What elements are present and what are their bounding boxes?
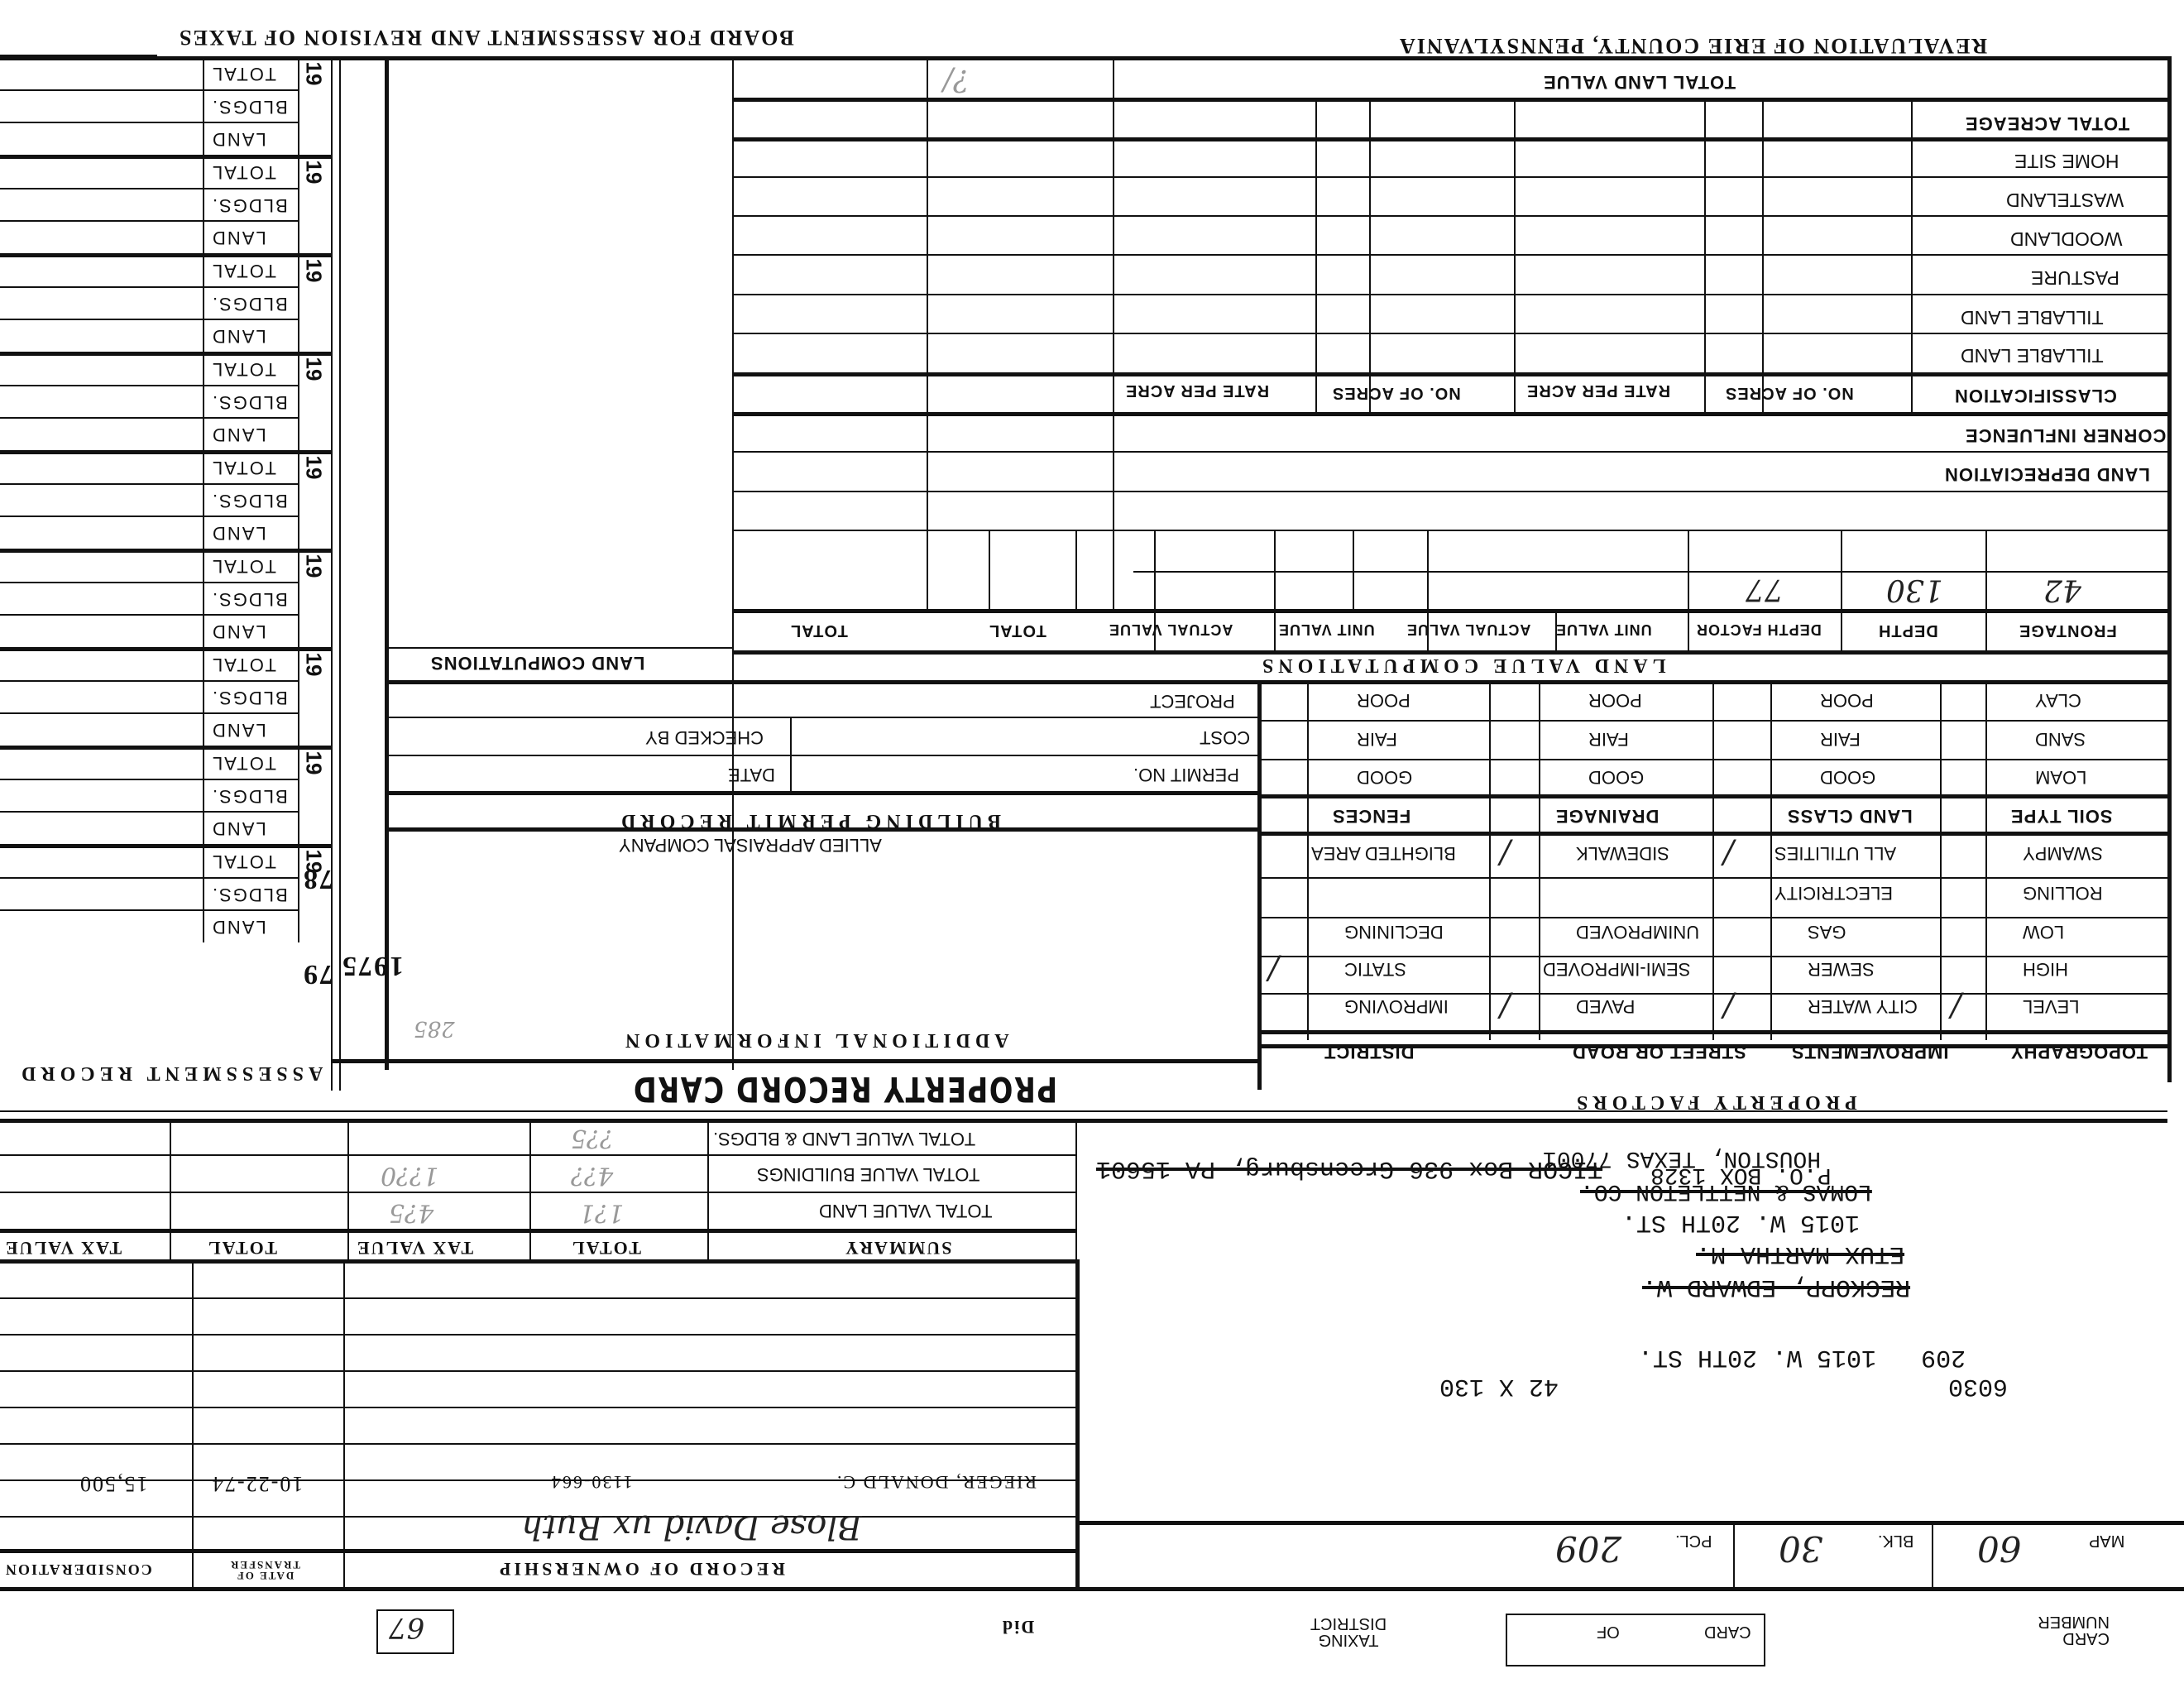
pcl-value[interactable]: 209: [1555, 1531, 1621, 1566]
factor-option-unimproved[interactable]: UNIMPROVED: [1576, 923, 1699, 941]
check-mark-icon: /: [1723, 837, 1734, 869]
assessment-label-bldgs: BLDGS.: [211, 295, 288, 313]
summary-tax-col: TAX VALUE: [356, 1239, 473, 1257]
total-land-value-handwritten: ?/: [943, 65, 969, 94]
factor-column-header: TOPOGRAPHY: [2010, 1043, 2148, 1061]
factor-option-semi-improved[interactable]: SEMI-IMPROVED: [1543, 960, 1690, 978]
owner-line-lomas: LOMAS & NETTLETON CO.: [1580, 1179, 1872, 1202]
assessment-value-field[interactable]: [0, 649, 157, 679]
assessment-value-field[interactable]: [0, 682, 157, 712]
acres-col-2: NO. OF ACRES: [1332, 385, 1461, 401]
factor-option-swampy[interactable]: SWAMPY: [2023, 844, 2103, 862]
assessment-label-total: TOTAL: [211, 65, 276, 83]
year-prefix: 19: [303, 259, 324, 283]
assessment-value-field[interactable]: [0, 386, 157, 416]
class-total-acreage: TOTAL ACREAGE: [1965, 114, 2129, 132]
check-mark-icon: /: [1951, 990, 1961, 1022]
check-mark-icon: /: [1268, 953, 1279, 985]
factor-column-header: IMPROVEMENTS: [1791, 1043, 1948, 1061]
soil-option[interactable]: LOAM: [2035, 768, 2086, 786]
cost-label: COST: [1200, 728, 1250, 746]
card-number-label: CARD NUMBER: [2035, 1614, 2110, 1647]
assessment-year-block: TOTALBLDGS.LAND19: [0, 450, 331, 549]
col-total-2: TOTAL: [790, 622, 848, 639]
assessment-value-field[interactable]: [0, 91, 157, 121]
assessment-value-field[interactable]: [0, 485, 157, 515]
class-tillable-land-2: TILLABLE LAND: [1961, 346, 2104, 365]
summary-total-col-2: TOTAL: [207, 1239, 277, 1257]
assessment-value-field[interactable]: [0, 255, 157, 285]
assessment-label-total: TOTAL: [211, 458, 276, 477]
assessment-value-field[interactable]: [0, 911, 157, 941]
assessment-value-field[interactable]: [0, 452, 157, 482]
summary-bldg-total: 4??: [571, 1163, 613, 1187]
assessment-label-land: LAND: [211, 228, 266, 247]
soil-option[interactable]: GOOD: [1357, 768, 1412, 786]
assessment-value-field[interactable]: [0, 879, 157, 909]
assessment-label-bldgs: BLDGS.: [211, 393, 288, 411]
factor-column-header: DISTRICT: [1324, 1043, 1414, 1061]
land-computations-title: LAND COMPUTATIONS: [430, 654, 644, 672]
soil-option[interactable]: FAIR: [1588, 730, 1629, 748]
map-label: MAP: [2089, 1532, 2124, 1549]
year-prefix: 19: [303, 456, 324, 480]
assessment-label-land: LAND: [211, 721, 266, 739]
col-unit-value-1: UNIT VALUE: [1555, 622, 1652, 637]
assessment-year-block: TOTALBLDGS.LAND19: [0, 155, 331, 253]
assessment-label-land: LAND: [211, 622, 266, 640]
assessment-year-block: TOTALBLDGS.LAND19: [0, 253, 331, 352]
summary-land-bldgs-total: ??5: [571, 1125, 613, 1150]
year-prefix: 19: [303, 751, 324, 775]
owner-line-address: 1015 W. 20TH ST.: [1621, 1210, 1860, 1235]
class-tillable-land-1: TILLABLE LAND: [1961, 308, 2104, 327]
col-actual-value-1: ACTUAL VALUE: [1406, 622, 1530, 637]
corner-influence-label: CORNER INFLUENCE: [1965, 426, 2166, 444]
acres-col-1: NO. OF ACRES: [1725, 385, 1854, 401]
year-1975: 1975: [341, 952, 404, 980]
assessment-value-field[interactable]: [0, 58, 157, 88]
factor-option-high[interactable]: HIGH: [2023, 960, 2068, 978]
factor-option-all-utilities[interactable]: ALL UTILITIES: [1774, 844, 1896, 862]
assessment-label-land: LAND: [211, 524, 266, 542]
summary-bldg-tax: 1??0: [381, 1163, 438, 1187]
consideration-label: CONSIDERATION: [4, 1562, 152, 1577]
soil-option[interactable]: FAIR: [1820, 730, 1861, 748]
check-mark-icon: /: [1500, 837, 1511, 869]
ownership-row-rieger-consideration: 15,500: [79, 1473, 148, 1494]
assessment-label-total: TOTAL: [211, 163, 276, 181]
factor-option-declining[interactable]: DECLINING: [1344, 923, 1444, 941]
soil-option[interactable]: SAND: [2035, 730, 2086, 748]
col-depth-factor: DEPTH FACTOR: [1696, 622, 1822, 637]
assessment-value-field[interactable]: [0, 846, 157, 875]
ownership-row-blose-name: Blose David ux Ruth: [521, 1510, 862, 1543]
summary-title: SUMMARY: [844, 1239, 952, 1257]
assessment-value-field[interactable]: [0, 714, 157, 744]
summary-row-land: TOTAL VALUE LAND: [819, 1201, 992, 1220]
factor-option-level[interactable]: LEVEL: [2023, 997, 2080, 1015]
ownership-row-rieger-deed: 1130-664: [550, 1473, 633, 1491]
col-unit-value-2: UNIT VALUE: [1278, 622, 1375, 637]
class-woodland: WOODLAND: [2010, 229, 2122, 248]
assessment-label-bldgs: BLDGS.: [211, 787, 288, 805]
summary-land-total: 1?1: [579, 1200, 624, 1225]
ownership-row-rieger-name: RIEGER, DONALD C.: [836, 1473, 1037, 1491]
blk-value[interactable]: 30: [1779, 1531, 1822, 1566]
check-mark-icon: /: [1723, 990, 1734, 1022]
assessment-value-field[interactable]: [0, 813, 157, 842]
year-prefix: 19: [303, 653, 324, 677]
assessment-year-block: TOTALBLDGS.LAND19: [0, 56, 331, 155]
map-value[interactable]: 60: [1977, 1531, 2021, 1566]
date-label: DATE: [728, 765, 775, 784]
assessment-label-bldgs: BLDGS.: [211, 98, 288, 116]
property-record-card-title: PROPERTY RECORD CARD: [632, 1072, 1057, 1106]
classification-label: CLASSIFICATION: [1954, 386, 2117, 405]
date-of-transfer-label: DATE OF TRANSFER: [207, 1560, 323, 1581]
assessment-label-bldgs: BLDGS.: [211, 688, 288, 707]
dims-line: 42 X 130: [1439, 1374, 1559, 1398]
revaluation-title: REVALUATION OF ERIE COUNTY, PENNSYLVANIA: [1398, 35, 1987, 56]
location-line: 209 1015 W. 20TH ST.: [1638, 1345, 1966, 1369]
assessment-value-field[interactable]: [0, 780, 157, 810]
assessment-label-land: LAND: [211, 327, 266, 345]
side-note: Did: [1001, 1618, 1034, 1636]
factor-option-static[interactable]: STATIC: [1344, 960, 1406, 978]
assessment-year-block: TOTALBLDGS.LAND19: [0, 844, 331, 942]
soil-option[interactable]: GOOD: [1820, 768, 1875, 786]
frontage-value: 42: [2043, 574, 2081, 604]
assessment-label-land: LAND: [211, 130, 266, 148]
soil-option[interactable]: CLAY: [2035, 691, 2081, 709]
assessment-label-bldgs: BLDGS.: [211, 885, 288, 904]
col-total-1: TOTAL: [989, 622, 1046, 639]
summary-land-tax: 4?5: [389, 1200, 433, 1225]
soil-column-header: SOIL TYPE: [2010, 807, 2113, 825]
taxing-district-label: TAXING DISTRICT: [1303, 1615, 1394, 1648]
assessment-value-field[interactable]: [0, 222, 157, 252]
assessment-label-land: LAND: [211, 425, 266, 444]
property-factors-title: PROPERTY FACTORS: [1572, 1092, 1857, 1112]
pcl-label: PCL.: [1675, 1532, 1712, 1549]
class-wasteland: WASTELAND: [2006, 190, 2124, 209]
card-label: CARD: [1704, 1623, 1751, 1640]
assessment-value-field[interactable]: [0, 616, 157, 645]
assessment-value-field[interactable]: [0, 419, 157, 448]
assessment-year-block: TOTALBLDGS.LAND19: [0, 647, 331, 746]
class-pasture: PASTURE: [2031, 268, 2119, 287]
assessment-label-total: TOTAL: [211, 557, 276, 575]
project-label: PROJECT: [1150, 692, 1235, 710]
additional-handwriting: 285: [414, 1018, 455, 1039]
assessment-value-field[interactable]: [0, 583, 157, 613]
assessment-record-title: ASSESSMENT RECORD: [17, 1063, 323, 1083]
factor-option-paved[interactable]: PAVED: [1576, 997, 1635, 1015]
soil-option[interactable]: POOR: [1588, 691, 1642, 709]
assessment-label-total: TOTAL: [211, 754, 276, 772]
assessment-value-field[interactable]: [0, 123, 157, 153]
owner-line-reckopp: RECKOPP, EDWARD W.: [1642, 1274, 1910, 1299]
class-home-site: HOME SITE: [2014, 151, 2119, 170]
col-depth: DEPTH: [1878, 622, 1938, 639]
year-1979: 79: [302, 960, 333, 988]
assessment-blocks: TOTALBLDGS.LAND19TOTALBLDGS.LAND19TOTALB…: [0, 56, 331, 1049]
assessment-year-block: TOTALBLDGS.LAND19: [0, 549, 331, 647]
soil-column-header: DRAINAGE: [1555, 807, 1659, 825]
assessment-label-bldgs: BLDGS.: [211, 196, 288, 214]
assessment-label-total: TOTAL: [211, 852, 276, 870]
factor-option-electricity[interactable]: ELECTRICITY: [1774, 884, 1893, 902]
year-prefix: 19: [303, 357, 324, 381]
assessment-label-land: LAND: [211, 819, 266, 837]
soil-option[interactable]: POOR: [1357, 691, 1410, 709]
year-prefix: 19: [303, 554, 324, 578]
assessment-year-block: TOTALBLDGS.LAND19: [0, 746, 331, 844]
assessment-value-field[interactable]: [0, 517, 157, 547]
summary-row-land-bldgs: TOTAL VALUE LAND & BLDGS.: [713, 1129, 975, 1148]
factor-option-city-water[interactable]: CITY WATER: [1808, 997, 1918, 1015]
assessment-value-field[interactable]: [0, 189, 157, 219]
col-frontage: FRONTAGE: [2019, 622, 2117, 639]
of-label: OF: [1597, 1623, 1620, 1640]
assessment-value-field[interactable]: [0, 353, 157, 383]
assessment-value-field[interactable]: [0, 550, 157, 580]
check-mark-icon: /: [1500, 990, 1511, 1022]
year-prefix: 19: [303, 62, 324, 86]
land-depreciation-label: LAND DEPRECIATION: [1944, 465, 2150, 483]
soil-column-header: FENCES: [1332, 807, 1410, 825]
checked-by-label: CHECKED BY: [645, 728, 764, 746]
assessment-value-field[interactable]: [0, 288, 157, 318]
ticor-line: TICOR Box 936 Greensburg, PA 15601: [1096, 1156, 1602, 1181]
rate-col-2: RATE PER ACRE: [1125, 382, 1269, 399]
assessment-label-total: TOTAL: [211, 655, 276, 674]
boxed-number-value: 67: [389, 1614, 424, 1642]
assessment-value-field[interactable]: [0, 747, 157, 777]
year-1978: 78: [302, 865, 333, 893]
record-of-ownership-title: RECORD OF OWNERSHIP: [496, 1560, 785, 1578]
year-prefix: 19: [303, 161, 324, 185]
factor-option-sewer[interactable]: SEWER: [1808, 960, 1875, 978]
col-actual-value-2: ACTUAL VALUE: [1109, 622, 1233, 637]
permit-no-label: PERMIT NO.: [1133, 765, 1239, 784]
soil-option[interactable]: GOOD: [1588, 768, 1644, 786]
assessment-label-bldgs: BLDGS.: [211, 590, 288, 608]
factor-option-improving[interactable]: IMPROVING: [1344, 997, 1449, 1015]
summary-tax-col-2: TAX VALUE: [4, 1239, 122, 1257]
factor-option-sidewalk[interactable]: SIDEWALK: [1576, 844, 1669, 862]
factor-column-header: STREET OR ROAD: [1572, 1043, 1746, 1061]
soil-column-header: LAND CLASS: [1787, 807, 1913, 825]
assessment-label-total: TOTAL: [211, 261, 276, 280]
rate-col-1: RATE PER ACRE: [1526, 382, 1670, 399]
factor-option-gas[interactable]: GAS: [1808, 923, 1846, 941]
assessment-label-total: TOTAL: [211, 360, 276, 378]
land-value-computations-title: LAND VALUE COMPUTATIONS: [1257, 655, 1666, 675]
assessment-label-land: LAND: [211, 918, 266, 936]
ownership-row-rieger-date: 10-22-74: [211, 1473, 303, 1494]
factor-option-low[interactable]: LOW: [2023, 923, 2064, 941]
owner-line-etux: ETUX MARTHA M.: [1696, 1241, 1904, 1266]
additional-info-title: ADDITIONAL INFORMATION: [620, 1030, 1009, 1050]
assessment-value-field[interactable]: [0, 156, 157, 186]
code-line: 6030: [1948, 1374, 2008, 1398]
summary-row-buildings: TOTAL VALUE BUILDINGS: [757, 1165, 979, 1183]
depth-factor-value: 77: [1746, 574, 1784, 604]
assessment-value-field[interactable]: [0, 320, 157, 350]
allied-appraisal: ALLIED APPRAISAL COMPANY: [619, 836, 882, 854]
assessment-year-block: TOTALBLDGS.LAND19: [0, 352, 331, 450]
factor-option-blighted-area[interactable]: BLIGHTED AREA: [1311, 844, 1456, 862]
soil-option[interactable]: POOR: [1820, 691, 1874, 709]
total-land-value-label: TOTAL LAND VALUE: [1543, 73, 1736, 91]
depth-value: 130: [1886, 574, 1943, 604]
board-title: BOARD FOR ASSESSMENT AND REVISION OF TAX…: [178, 26, 794, 48]
soil-option[interactable]: FAIR: [1357, 730, 1397, 748]
assessment-label-bldgs: BLDGS.: [211, 492, 288, 510]
factor-option-rolling[interactable]: ROLLING: [2023, 884, 2103, 902]
blk-label: BLK.: [1878, 1532, 1913, 1549]
summary-total-col: TOTAL: [571, 1239, 641, 1257]
